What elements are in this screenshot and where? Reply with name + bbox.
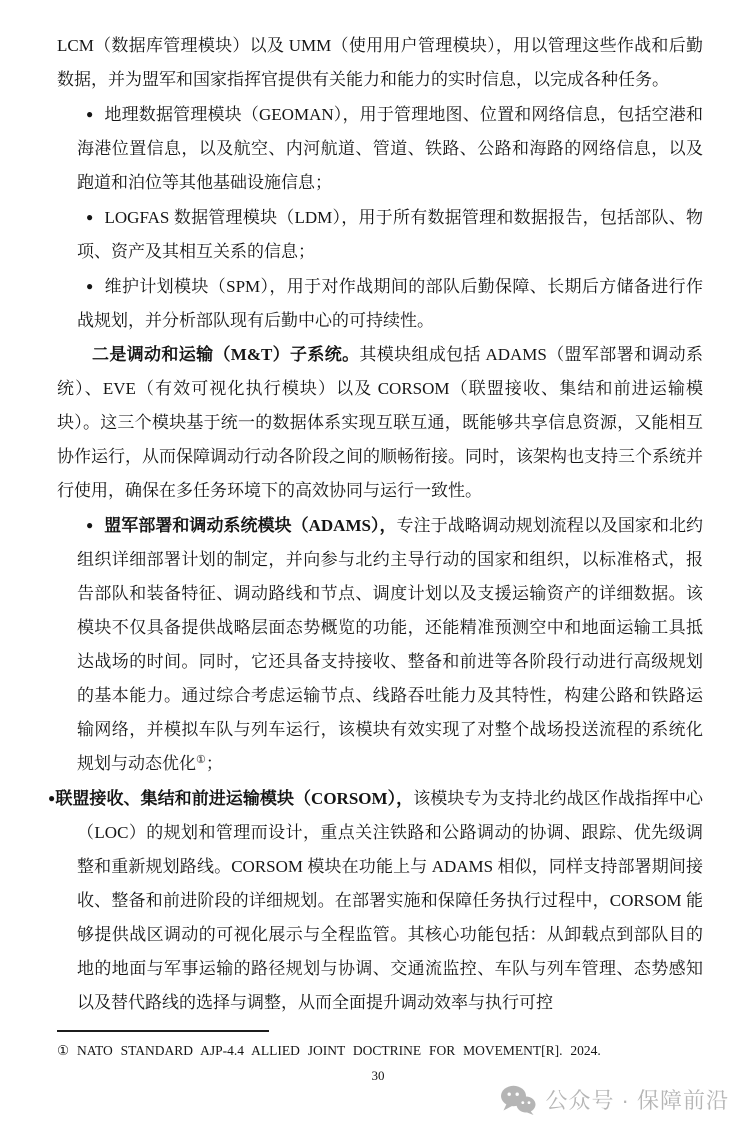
bullet-geoman-text: 地理数据管理模块（GEOMAN），用于管理地图、位置和网络信息，包括空港和海港位… [77,105,703,192]
bullet-adams-lead: 盟军部署和调动系统模块（ADAMS）， [104,516,396,535]
bullet-geoman: ●地理数据管理模块（GEOMAN），用于管理地图、位置和网络信息，包括空港和海港… [57,97,703,200]
bullet-corsom-lead: 联盟接收、集结和前进运输模块（CORSOM）， [55,789,413,808]
bullet-adams-text: 专注于战略调动规划流程以及国家和北约组织详细部署计划的制定，并向参与北约主导行动… [77,516,703,773]
paragraph-lcm-umm: LCM（数据库管理模块）以及 UMM（使用用户管理模块），用以管理这些作战和后勤… [57,29,703,97]
footnote-separator [57,1030,269,1032]
footnote-text: ① NATO STANDARD AJP-4.4 ALLIED JOINT DOC… [57,1036,707,1066]
bullet-adams: ●盟军部署和调动系统模块（ADAMS），专注于战略调动规划流程以及国家和北约组织… [57,508,703,781]
document-page: LCM（数据库管理模块）以及 UMM（使用用户管理模块），用以管理这些作战和后勤… [0,0,756,1130]
wechat-icon [500,1085,536,1115]
bullet-dot-icon: ● [86,279,94,293]
bullet-spm: ●维护计划模块（SPM），用于对作战期间的部队后勤保障、长期后方储备进行作战规划… [57,269,703,338]
bullet-dot-icon: ● [86,518,93,532]
footnote-ref-superscript: ① [196,754,206,766]
bullet-corsom: ●联盟接收、集结和前进运输模块（CORSOM），该模块专为支持北约战区作战指挥中… [57,781,703,1020]
watermark-label: 公众号 · 保障前沿 [545,1084,729,1115]
watermark: 公众号 · 保障前沿 [500,1084,729,1115]
bullet-spm-text: 维护计划模块（SPM），用于对作战期间的部队后勤保障、长期后方储备进行作战规划，… [77,277,703,330]
bullet-dot-icon: ● [86,107,93,121]
paragraph-lcm-umm-text: LCM（数据库管理模块）以及 UMM（使用用户管理模块），用以管理这些作战和后勤… [57,36,703,89]
paragraph-mt-lead: 二是调动和运输（M&T）子系统。 [92,345,359,364]
page-number: 30 [0,1068,756,1084]
bullet-adams-tail: ； [206,754,223,773]
bullet-ldm: ●LOGFAS 数据管理模块（LDM），用于所有数据管理和数据报告，包括部队、物… [57,200,703,269]
bullet-ldm-text: LOGFAS 数据管理模块（LDM），用于所有数据管理和数据报告，包括部队、物项… [77,208,703,261]
bullet-dot-icon: ● [86,210,94,224]
page-body-text: LCM（数据库管理模块）以及 UMM（使用用户管理模块），用以管理这些作战和后勤… [57,29,703,1020]
paragraph-mt-body: 其模块组成包括 ADAMS（盟军部署和调动系统）、EVE（有效可视化执行模块）以… [57,345,703,500]
bullet-corsom-text: 该模块专为支持北约战区作战指挥中心（LOC）的规划和管理而设计，重点关注铁路和公… [77,789,703,1012]
paragraph-mt-subsystem: 二是调动和运输（M&T）子系统。其模块组成包括 ADAMS（盟军部署和调动系统）… [57,338,703,508]
